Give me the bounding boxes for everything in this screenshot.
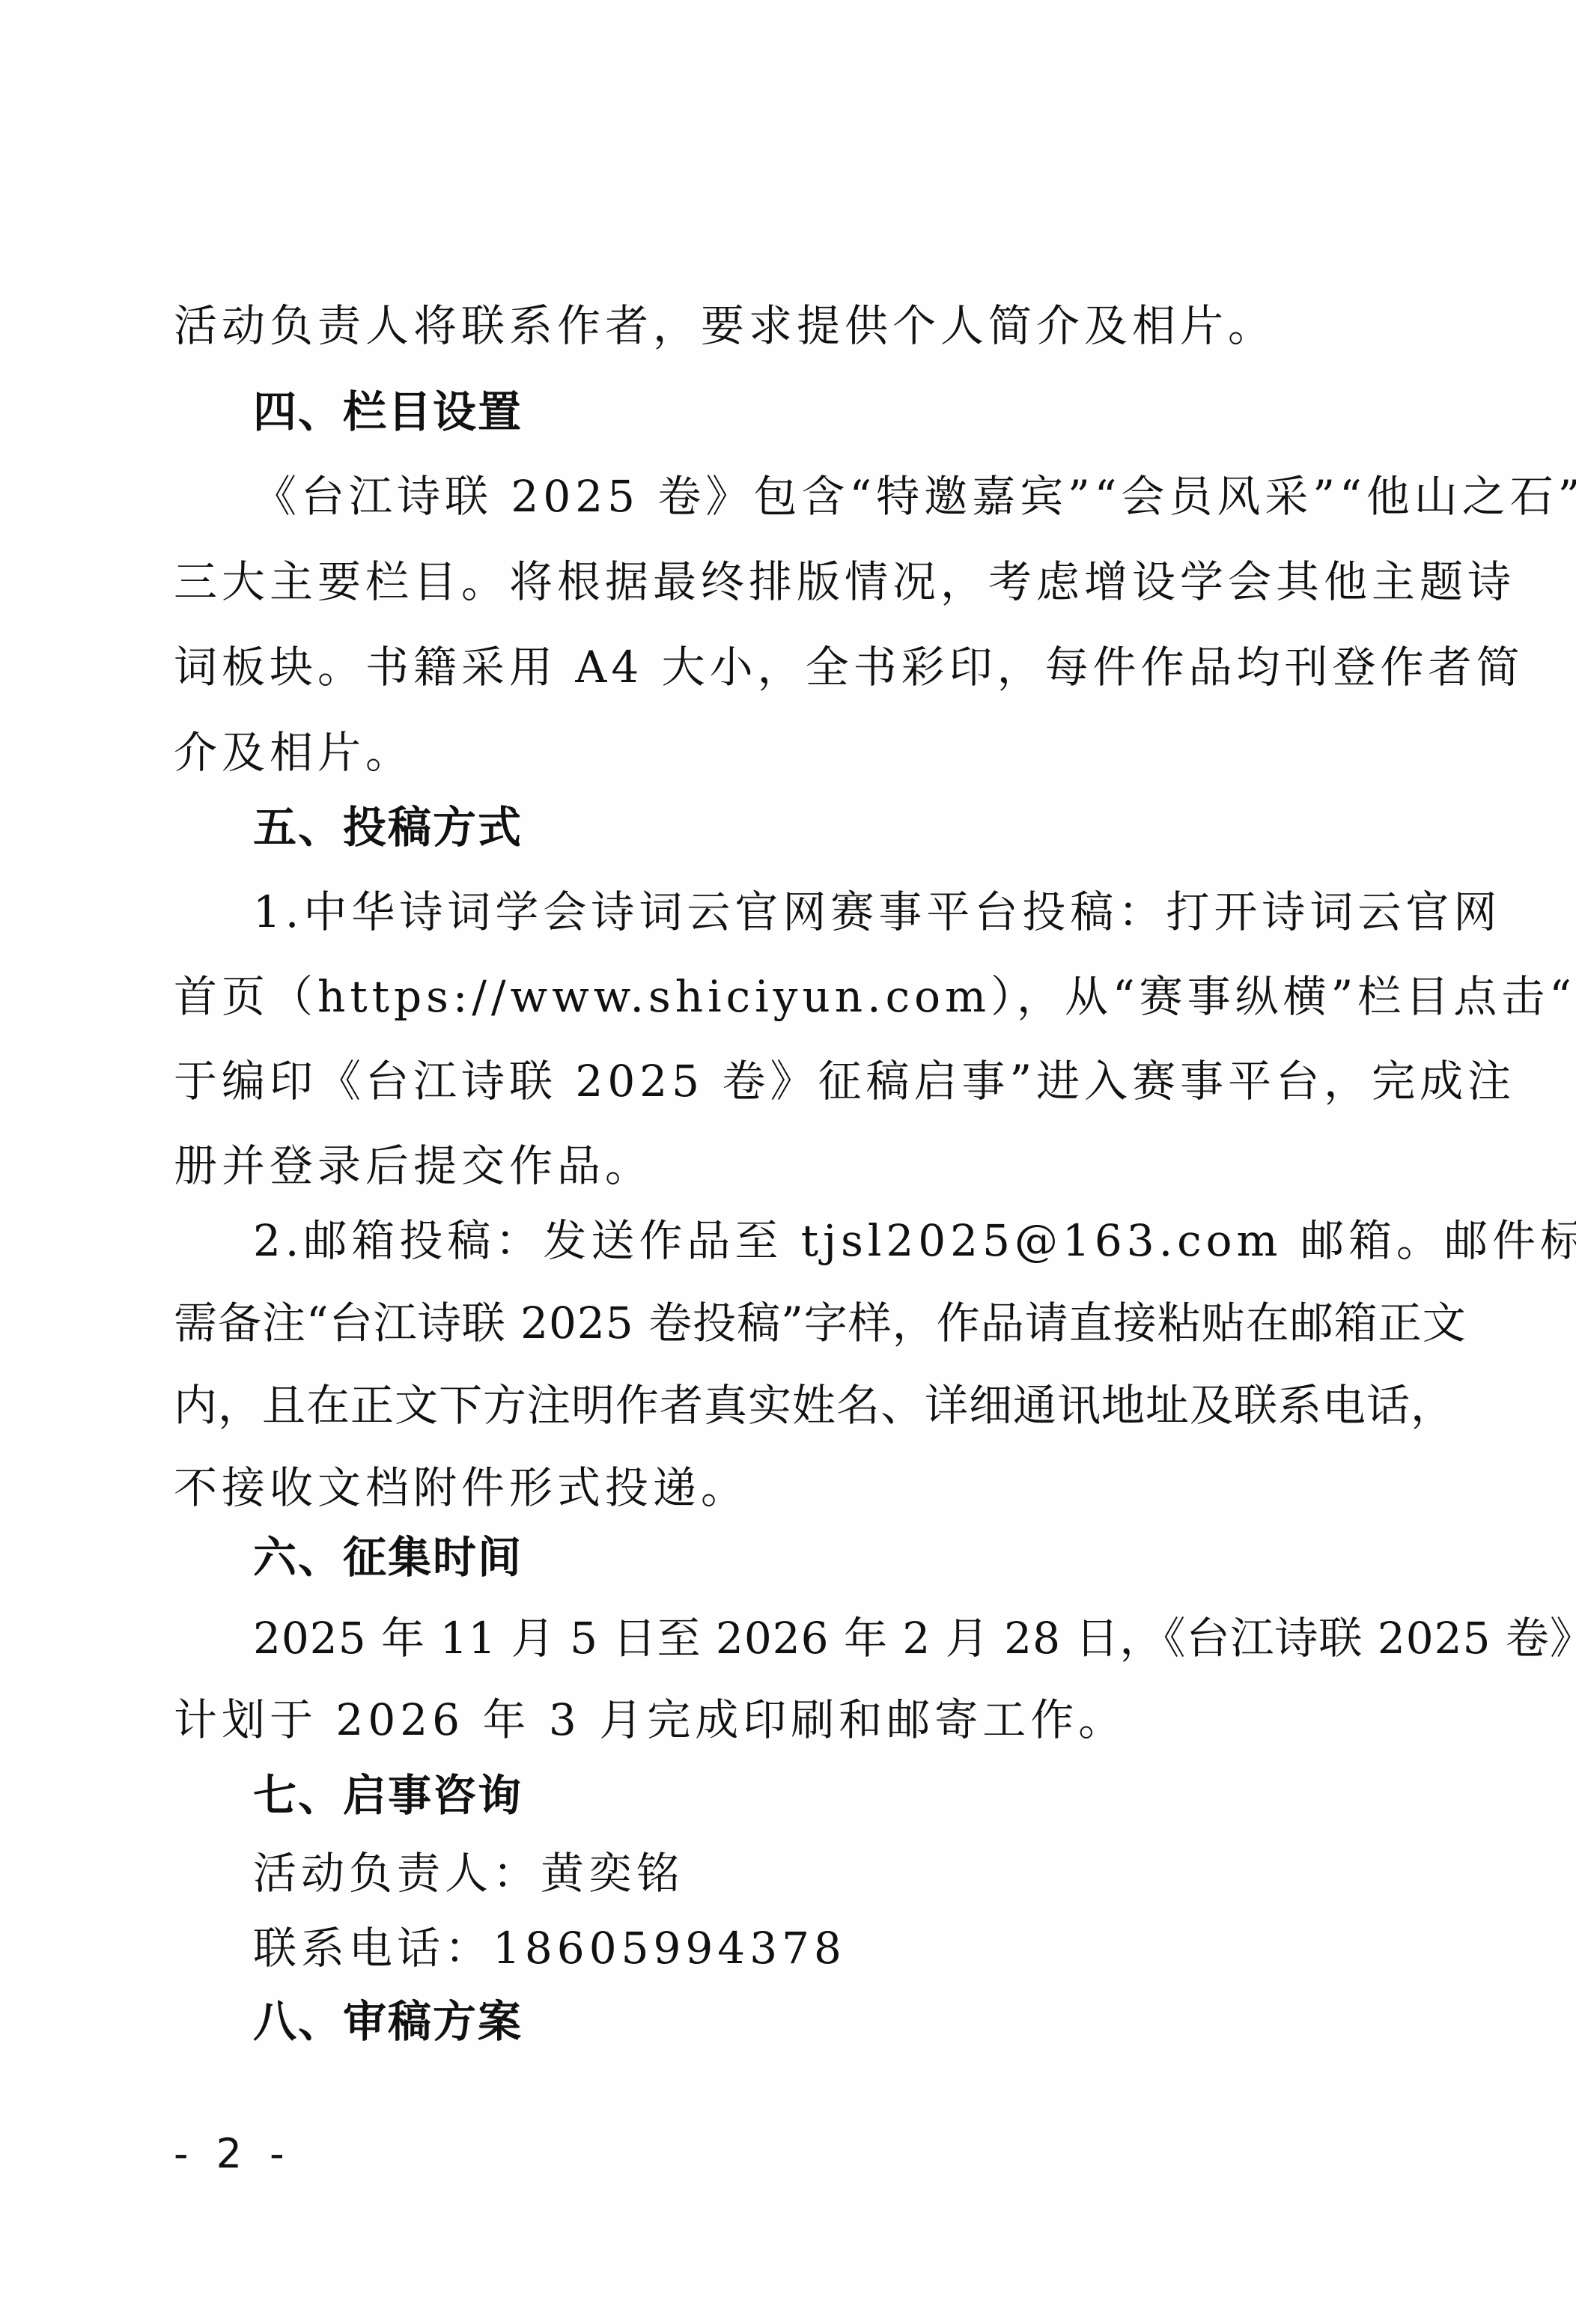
submission-method-2-line-1: 2.邮箱投稿：发送作品至 tjsl2025@163.com 邮箱。邮件标题: [253, 1211, 1357, 1271]
section-heading-columns: 四、栏目设置: [253, 382, 1436, 442]
submission-method-1-line-4: 册并登录后提交作品。: [174, 1136, 1357, 1196]
inquiry-contact-phone: 联系电话：18605994378: [253, 1918, 1436, 1978]
submission-method-2-line-4: 不接收文档附件形式投递。: [174, 1458, 1357, 1518]
section-heading-review: 八、审稿方案: [253, 1992, 1436, 2051]
submission-method-2-line-2: 需备注“台江诗联 2025 卷投稿”字样，作品请直接粘贴在邮箱正文: [174, 1293, 1357, 1353]
submission-method-1-line-3: 于编印《台江诗联 2025 卷》征稿启事”进入赛事平台，完成注: [174, 1051, 1357, 1111]
columns-paragraph-line-1: 《台江诗联 2025 卷》包含“特邀嘉宾”“会员风采”“他山之石”: [253, 466, 1357, 526]
page-number: - 2 -: [174, 2128, 292, 2180]
columns-paragraph-line-4: 介及相片。: [174, 723, 1357, 782]
section-heading-submission: 五、投稿方式: [253, 797, 1436, 857]
submission-method-2-line-3: 内，且在正文下方注明作者真实姓名、详细通讯地址及联系电话，: [174, 1375, 1357, 1435]
collection-time-line-2: 计划于 2026 年 3 月完成印刷和邮寄工作。: [174, 1690, 1357, 1750]
submission-method-1-line-2: 首页（https://www.shiciyun.com），从“赛事纵横”栏目点击…: [174, 967, 1357, 1026]
collection-time-line-1: 2025 年 11 月 5 日至 2026 年 2 月 28 日，《台江诗联 2…: [253, 1608, 1357, 1668]
section-heading-collection-time: 六、征集时间: [253, 1527, 1436, 1587]
document-page: 活动负责人将联系作者，要求提供个人简介及相片。 四、栏目设置 《台江诗联 202…: [0, 0, 1576, 2324]
inquiry-contact-person: 活动负责人：黄奕铭: [253, 1843, 1436, 1903]
section-heading-inquiry: 七、启事咨询: [253, 1765, 1436, 1825]
intro-tail-line: 活动负责人将联系作者，要求提供个人简介及相片。: [174, 296, 1357, 356]
columns-paragraph-line-3: 词板块。书籍采用 A4 大小，全书彩印，每件作品均刊登作者简: [174, 637, 1357, 697]
columns-paragraph-line-2: 三大主要栏目。将根据最终排版情况，考虑增设学会其他主题诗: [174, 552, 1357, 612]
submission-method-1-line-1: 1.中华诗词学会诗词云官网赛事平台投稿：打开诗词云官网: [253, 882, 1357, 942]
